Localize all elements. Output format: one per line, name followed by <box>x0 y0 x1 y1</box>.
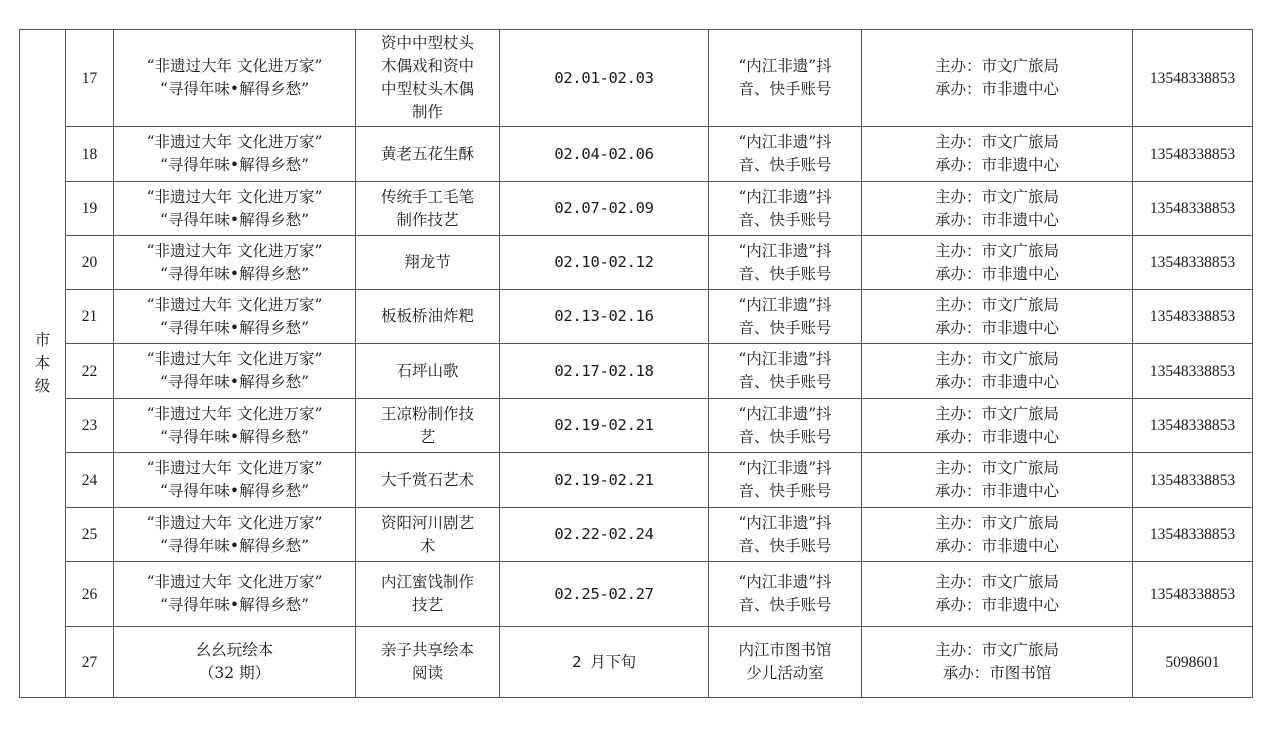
organizer-line: 承办：市图书馆 <box>866 662 1128 685</box>
organizer-line: 主办：市文广旅局 <box>866 55 1128 78</box>
activity-venue-line: “内江非遗”抖 <box>713 240 857 263</box>
organizer: 主办：市文广旅局承办：市非遗中心 <box>862 182 1133 236</box>
activity-content: 王凉粉制作技艺 <box>356 399 500 453</box>
activity-content-line: 板板桥油炸粑 <box>360 305 495 328</box>
activity-name-line: “非遗过大年 文化进万家” <box>118 512 351 535</box>
organizer-line: 主办：市文广旅局 <box>866 639 1128 662</box>
activity-venue-line: 内江市图书馆 <box>713 639 857 662</box>
activity-content-line: 阅读 <box>360 662 495 685</box>
activity-name: “非遗过大年 文化进万家”“寻得年味•解得乡愁” <box>114 182 356 236</box>
activity-date: 02.04-02.06 <box>500 127 709 182</box>
row-number: 18 <box>66 127 114 182</box>
activity-venue-line: 音、快手账号 <box>713 426 857 449</box>
activity-venue: “内江非遗”抖音、快手账号 <box>709 236 862 290</box>
activity-content-line: 资阳河川剧艺 <box>360 512 495 535</box>
activity-venue-line: “内江非遗”抖 <box>713 571 857 594</box>
activity-content: 传统手工毛笔制作技艺 <box>356 182 500 236</box>
activity-date: 02.07-02.09 <box>500 182 709 236</box>
contact-phone: 13548338853 <box>1133 399 1253 453</box>
activity-venue-line: 音、快手账号 <box>713 317 857 340</box>
contact-phone: 5098601 <box>1133 627 1253 698</box>
activity-name-line: “非遗过大年 文化进万家” <box>118 186 351 209</box>
organizer: 主办：市文广旅局承办：市非遗中心 <box>862 508 1133 562</box>
activity-venue: “内江非遗”抖音、快手账号 <box>709 562 862 627</box>
table-row: 26“非遗过大年 文化进万家”“寻得年味•解得乡愁”内江蜜饯制作技艺02.25-… <box>20 562 1253 627</box>
activity-venue-line: 音、快手账号 <box>713 594 857 617</box>
activity-name-line: “寻得年味•解得乡愁” <box>118 317 351 340</box>
activity-name: 幺幺玩绘本（32 期） <box>114 627 356 698</box>
activity-name-line: “非遗过大年 文化进万家” <box>118 348 351 371</box>
contact-phone: 13548338853 <box>1133 236 1253 290</box>
activity-content: 内江蜜饯制作技艺 <box>356 562 500 627</box>
activity-name-line: “非遗过大年 文化进万家” <box>118 457 351 480</box>
activity-name-line: “非遗过大年 文化进万家” <box>118 55 351 78</box>
activity-venue-line: 少儿活动室 <box>713 662 857 685</box>
organizer-line: 主办：市文广旅局 <box>866 131 1128 154</box>
table-row: 23“非遗过大年 文化进万家”“寻得年味•解得乡愁”王凉粉制作技艺02.19-0… <box>20 399 1253 453</box>
row-number: 22 <box>66 344 114 399</box>
activity-name: “非遗过大年 文化进万家”“寻得年味•解得乡愁” <box>114 236 356 290</box>
activity-content-line: 技艺 <box>360 594 495 617</box>
activity-name-line: “寻得年味•解得乡愁” <box>118 480 351 503</box>
organizer-line: 主办：市文广旅局 <box>866 403 1128 426</box>
row-number: 24 <box>66 453 114 508</box>
activity-content-line: 中型杖头木偶 <box>360 78 495 101</box>
activity-venue: “内江非遗”抖音、快手账号 <box>709 344 862 399</box>
table-row: 市本级17“非遗过大年 文化进万家”“寻得年味•解得乡愁”资中中型杖头木偶戏和资… <box>20 30 1253 127</box>
activity-name: “非遗过大年 文化进万家”“寻得年味•解得乡愁” <box>114 399 356 453</box>
activity-venue-line: 音、快手账号 <box>713 263 857 286</box>
level-label-char: 市 <box>24 329 61 352</box>
contact-phone: 13548338853 <box>1133 30 1253 127</box>
activity-venue-line: 音、快手账号 <box>713 209 857 232</box>
activity-name: “非遗过大年 文化进万家”“寻得年味•解得乡愁” <box>114 30 356 127</box>
organizer-line: 主办：市文广旅局 <box>866 512 1128 535</box>
table-row: 27幺幺玩绘本（32 期）亲子共享绘本阅读2 月下旬内江市图书馆少儿活动室主办：… <box>20 627 1253 698</box>
activity-content: 大千赏石艺术 <box>356 453 500 508</box>
organizer: 主办：市文广旅局承办：市非遗中心 <box>862 30 1133 127</box>
activity-venue: “内江非遗”抖音、快手账号 <box>709 290 862 344</box>
row-number: 25 <box>66 508 114 562</box>
level-cell: 市本级 <box>20 30 66 698</box>
activity-name-line: “非遗过大年 文化进万家” <box>118 294 351 317</box>
organizer-line: 主办：市文广旅局 <box>866 240 1128 263</box>
activity-venue-line: “内江非遗”抖 <box>713 403 857 426</box>
activity-name-line: “寻得年味•解得乡愁” <box>118 263 351 286</box>
activity-content-line: 大千赏石艺术 <box>360 469 495 492</box>
activity-venue: 内江市图书馆少儿活动室 <box>709 627 862 698</box>
activity-venue-line: “内江非遗”抖 <box>713 186 857 209</box>
organizer: 主办：市文广旅局承办：市图书馆 <box>862 627 1133 698</box>
organizer-line: 承办：市非遗中心 <box>866 426 1128 449</box>
activity-venue-line: 音、快手账号 <box>713 154 857 177</box>
activity-content-line: 王凉粉制作技 <box>360 403 495 426</box>
activity-name-line: “寻得年味•解得乡愁” <box>118 371 351 394</box>
table-row: 25“非遗过大年 文化进万家”“寻得年味•解得乡愁”资阳河川剧艺术02.22-0… <box>20 508 1253 562</box>
activity-content-line: 术 <box>360 535 495 558</box>
activity-date: 02.13-02.16 <box>500 290 709 344</box>
activity-venue-line: “内江非遗”抖 <box>713 131 857 154</box>
activity-venue-line: 音、快手账号 <box>713 78 857 101</box>
row-number: 26 <box>66 562 114 627</box>
activity-content-line: 亲子共享绘本 <box>360 639 495 662</box>
table-row: 20“非遗过大年 文化进万家”“寻得年味•解得乡愁”翔龙节02.10-02.12… <box>20 236 1253 290</box>
contact-phone: 13548338853 <box>1133 508 1253 562</box>
activity-date: 02.10-02.12 <box>500 236 709 290</box>
table-row: 18“非遗过大年 文化进万家”“寻得年味•解得乡愁”黄老五花生酥02.04-02… <box>20 127 1253 182</box>
activity-content: 翔龙节 <box>356 236 500 290</box>
activity-date: 02.19-02.21 <box>500 453 709 508</box>
activity-content-line: 石坪山歌 <box>360 360 495 383</box>
row-number: 23 <box>66 399 114 453</box>
organizer-line: 承办：市非遗中心 <box>866 317 1128 340</box>
row-number: 27 <box>66 627 114 698</box>
contact-phone: 13548338853 <box>1133 453 1253 508</box>
activity-content-line: 木偶戏和资中 <box>360 55 495 78</box>
activity-name-line: （32 期） <box>118 662 351 685</box>
activity-content-line: 制作 <box>360 101 495 124</box>
activity-date: 02.25-02.27 <box>500 562 709 627</box>
activity-name-line: “非遗过大年 文化进万家” <box>118 571 351 594</box>
activity-content: 板板桥油炸粑 <box>356 290 500 344</box>
activity-schedule-table: 市本级17“非遗过大年 文化进万家”“寻得年味•解得乡愁”资中中型杖头木偶戏和资… <box>19 29 1253 698</box>
activity-date: 2 月下旬 <box>500 627 709 698</box>
activity-venue: “内江非遗”抖音、快手账号 <box>709 453 862 508</box>
activity-name-line: “非遗过大年 文化进万家” <box>118 131 351 154</box>
organizer: 主办：市文广旅局承办：市非遗中心 <box>862 127 1133 182</box>
activity-venue-line: “内江非遗”抖 <box>713 512 857 535</box>
contact-phone: 13548338853 <box>1133 182 1253 236</box>
activity-name-line: “寻得年味•解得乡愁” <box>118 209 351 232</box>
organizer-line: 承办：市非遗中心 <box>866 480 1128 503</box>
activity-venue-line: “内江非遗”抖 <box>713 55 857 78</box>
activity-name-line: “非遗过大年 文化进万家” <box>118 403 351 426</box>
activity-content: 黄老五花生酥 <box>356 127 500 182</box>
organizer-line: 承办：市非遗中心 <box>866 78 1128 101</box>
organizer-line: 承办：市非遗中心 <box>866 263 1128 286</box>
table-row: 24“非遗过大年 文化进万家”“寻得年味•解得乡愁”大千赏石艺术02.19-02… <box>20 453 1253 508</box>
contact-phone: 13548338853 <box>1133 562 1253 627</box>
activity-content-line: 艺 <box>360 426 495 449</box>
activity-date: 02.22-02.24 <box>500 508 709 562</box>
activity-content-line: 制作技艺 <box>360 209 495 232</box>
activity-name-line: “寻得年味•解得乡愁” <box>118 594 351 617</box>
activity-name-line: “寻得年味•解得乡愁” <box>118 426 351 449</box>
activity-content: 资中中型杖头木偶戏和资中中型杖头木偶制作 <box>356 30 500 127</box>
table-row: 22“非遗过大年 文化进万家”“寻得年味•解得乡愁”石坪山歌02.17-02.1… <box>20 344 1253 399</box>
activity-name: “非遗过大年 文化进万家”“寻得年味•解得乡愁” <box>114 562 356 627</box>
organizer: 主办：市文广旅局承办：市非遗中心 <box>862 344 1133 399</box>
row-number: 17 <box>66 30 114 127</box>
activity-venue: “内江非遗”抖音、快手账号 <box>709 127 862 182</box>
activity-name: “非遗过大年 文化进万家”“寻得年味•解得乡愁” <box>114 344 356 399</box>
activity-name: “非遗过大年 文化进万家”“寻得年味•解得乡愁” <box>114 127 356 182</box>
level-label-char: 本 <box>24 352 61 375</box>
organizer-line: 主办：市文广旅局 <box>866 294 1128 317</box>
level-label-char: 级 <box>24 375 61 398</box>
activity-name: “非遗过大年 文化进万家”“寻得年味•解得乡愁” <box>114 508 356 562</box>
contact-phone: 13548338853 <box>1133 344 1253 399</box>
activity-content: 石坪山歌 <box>356 344 500 399</box>
activity-name-line: “寻得年味•解得乡愁” <box>118 78 351 101</box>
organizer: 主办：市文广旅局承办：市非遗中心 <box>862 290 1133 344</box>
organizer-line: 承办：市非遗中心 <box>866 535 1128 558</box>
activity-name-line: 幺幺玩绘本 <box>118 639 351 662</box>
activity-venue-line: 音、快手账号 <box>713 535 857 558</box>
organizer: 主办：市文广旅局承办：市非遗中心 <box>862 399 1133 453</box>
activity-name-line: “寻得年味•解得乡愁” <box>118 154 351 177</box>
organizer: 主办：市文广旅局承办：市非遗中心 <box>862 453 1133 508</box>
row-number: 21 <box>66 290 114 344</box>
organizer-line: 承办：市非遗中心 <box>866 154 1128 177</box>
activity-name-line: “非遗过大年 文化进万家” <box>118 240 351 263</box>
organizer-line: 主办：市文广旅局 <box>866 457 1128 480</box>
activity-venue: “内江非遗”抖音、快手账号 <box>709 508 862 562</box>
activity-content-line: 内江蜜饯制作 <box>360 571 495 594</box>
activity-venue: “内江非遗”抖音、快手账号 <box>709 399 862 453</box>
activity-venue: “内江非遗”抖音、快手账号 <box>709 182 862 236</box>
organizer-line: 主办：市文广旅局 <box>866 571 1128 594</box>
activity-content: 亲子共享绘本阅读 <box>356 627 500 698</box>
contact-phone: 13548338853 <box>1133 127 1253 182</box>
table-row: 19“非遗过大年 文化进万家”“寻得年味•解得乡愁”传统手工毛笔制作技艺02.0… <box>20 182 1253 236</box>
activity-content-line: 资中中型杖头 <box>360 32 495 55</box>
organizer-line: 承办：市非遗中心 <box>866 371 1128 394</box>
activity-venue-line: “内江非遗”抖 <box>713 294 857 317</box>
activity-content-line: 黄老五花生酥 <box>360 143 495 166</box>
activity-content-line: 传统手工毛笔 <box>360 186 495 209</box>
activity-name-line: “寻得年味•解得乡愁” <box>118 535 351 558</box>
activity-venue-line: “内江非遗”抖 <box>713 348 857 371</box>
activity-date: 02.19-02.21 <box>500 399 709 453</box>
activity-name: “非遗过大年 文化进万家”“寻得年味•解得乡愁” <box>114 453 356 508</box>
activity-venue-line: 音、快手账号 <box>713 371 857 394</box>
row-number: 19 <box>66 182 114 236</box>
activity-content: 资阳河川剧艺术 <box>356 508 500 562</box>
activity-date: 02.17-02.18 <box>500 344 709 399</box>
contact-phone: 13548338853 <box>1133 290 1253 344</box>
activity-venue-line: 音、快手账号 <box>713 480 857 503</box>
activity-venue: “内江非遗”抖音、快手账号 <box>709 30 862 127</box>
organizer: 主办：市文广旅局承办：市非遗中心 <box>862 236 1133 290</box>
organizer-line: 承办：市非遗中心 <box>866 594 1128 617</box>
activity-content-line: 翔龙节 <box>360 251 495 274</box>
table-row: 21“非遗过大年 文化进万家”“寻得年味•解得乡愁”板板桥油炸粑02.13-02… <box>20 290 1253 344</box>
organizer-line: 主办：市文广旅局 <box>866 186 1128 209</box>
organizer-line: 承办：市非遗中心 <box>866 209 1128 232</box>
row-number: 20 <box>66 236 114 290</box>
activity-name: “非遗过大年 文化进万家”“寻得年味•解得乡愁” <box>114 290 356 344</box>
activity-venue-line: “内江非遗”抖 <box>713 457 857 480</box>
activity-date: 02.01-02.03 <box>500 30 709 127</box>
organizer-line: 主办：市文广旅局 <box>866 348 1128 371</box>
organizer: 主办：市文广旅局承办：市非遗中心 <box>862 562 1133 627</box>
